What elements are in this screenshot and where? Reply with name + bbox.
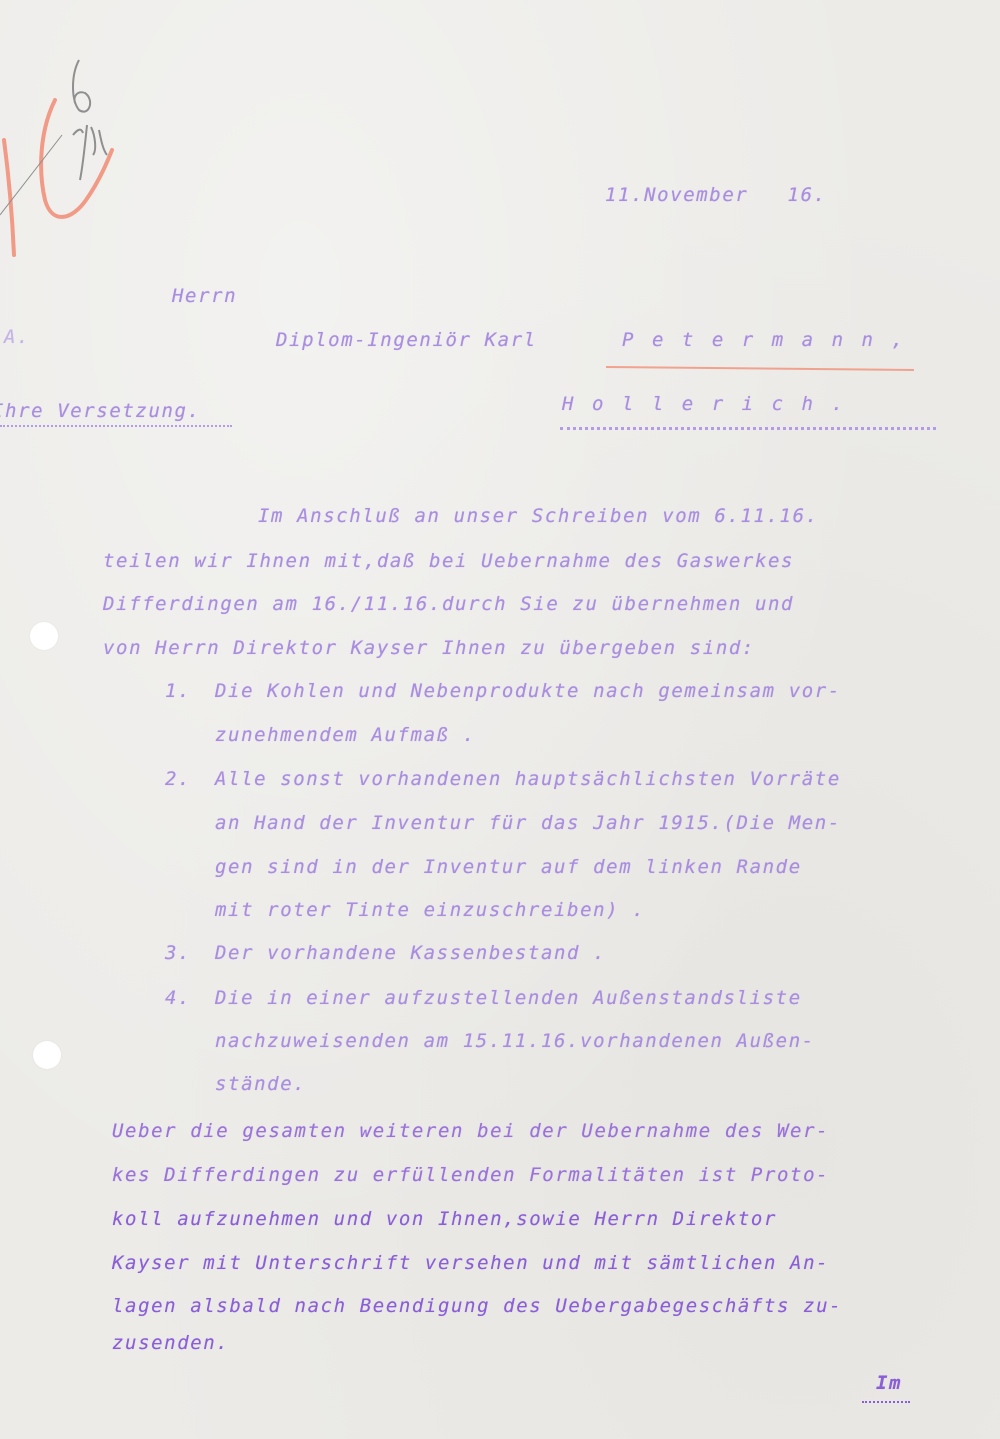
body-line: teilen wir Ihnen mit,daß bei Uebernahme …	[103, 550, 794, 572]
list-item-line: Der vorhandene Kassenbestand .	[215, 942, 606, 964]
closing-line: lagen alsbald nach Beendigung des Ueberg…	[112, 1295, 842, 1317]
list-item-line: stände.	[215, 1073, 306, 1095]
subject-line: Ihre Versetzung.	[0, 400, 201, 422]
catchword-underline	[862, 1401, 910, 1403]
list-item-number: 4.	[165, 987, 191, 1009]
list-item-line: Alle sonst vorhandenen hauptsächlichsten…	[215, 768, 841, 790]
subject-underline	[0, 425, 232, 427]
closing-line: Kayser mit Unterschrift versehen und mit…	[112, 1252, 829, 1274]
continuation-catchword: Im	[876, 1372, 902, 1394]
list-item-number: 3.	[165, 942, 191, 964]
list-item-line: gen sind in der Inventur auf dem linken …	[215, 856, 802, 878]
closing-line: koll aufzunehmen und von Ihnen,sowie Her…	[112, 1208, 777, 1230]
body-line: Im Anschluß an unser Schreiben vom 6.11.…	[258, 505, 819, 527]
recipient-name-prefix: Diplom-Ingeniör Karl	[276, 329, 537, 351]
surname-red-underline	[606, 366, 914, 371]
list-item-line: an Hand der Inventur für das Jahr 1915.(…	[215, 812, 841, 834]
body-line: Differdingen am 16./11.16.durch Sie zu ü…	[103, 593, 794, 615]
pencil-note-icon	[65, 55, 125, 195]
list-item-line: Die Kohlen und Nebenprodukte nach gemein…	[215, 680, 841, 702]
list-item-line: Die in einer aufzustellenden Außenstands…	[215, 987, 802, 1009]
city-underline	[560, 427, 936, 430]
punch-hole-bottom	[33, 1041, 61, 1069]
list-item-line: nachzuweisenden am 15.11.16.vorhandenen …	[215, 1030, 815, 1052]
closing-line: Ueber die gesamten weiteren bei der Uebe…	[112, 1120, 829, 1142]
letter-date: 11.November 16.	[605, 184, 827, 206]
list-item-line: mit roter Tinte einzuschreiben) .	[215, 899, 645, 921]
list-item-number: 2.	[165, 768, 191, 790]
closing-line: kes Differdingen zu erfüllenden Formalit…	[112, 1164, 829, 1186]
letter-page: 11.November 16. Herrn A. Diplom-Ingeniör…	[0, 0, 1000, 1439]
list-item-number: 1.	[165, 680, 191, 702]
margin-marker: A.	[4, 326, 30, 348]
list-item-line: zunehmendem Aufmaß .	[215, 724, 476, 746]
punch-hole-top	[30, 622, 58, 650]
closing-line: zusenden.	[112, 1332, 229, 1354]
recipient-city: Hollerich.	[562, 393, 861, 415]
salutation-line: Herrn	[172, 285, 237, 307]
body-line: von Herrn Direktor Kayser Ihnen zu überg…	[103, 637, 755, 659]
recipient-surname: Petermann,	[622, 329, 921, 351]
